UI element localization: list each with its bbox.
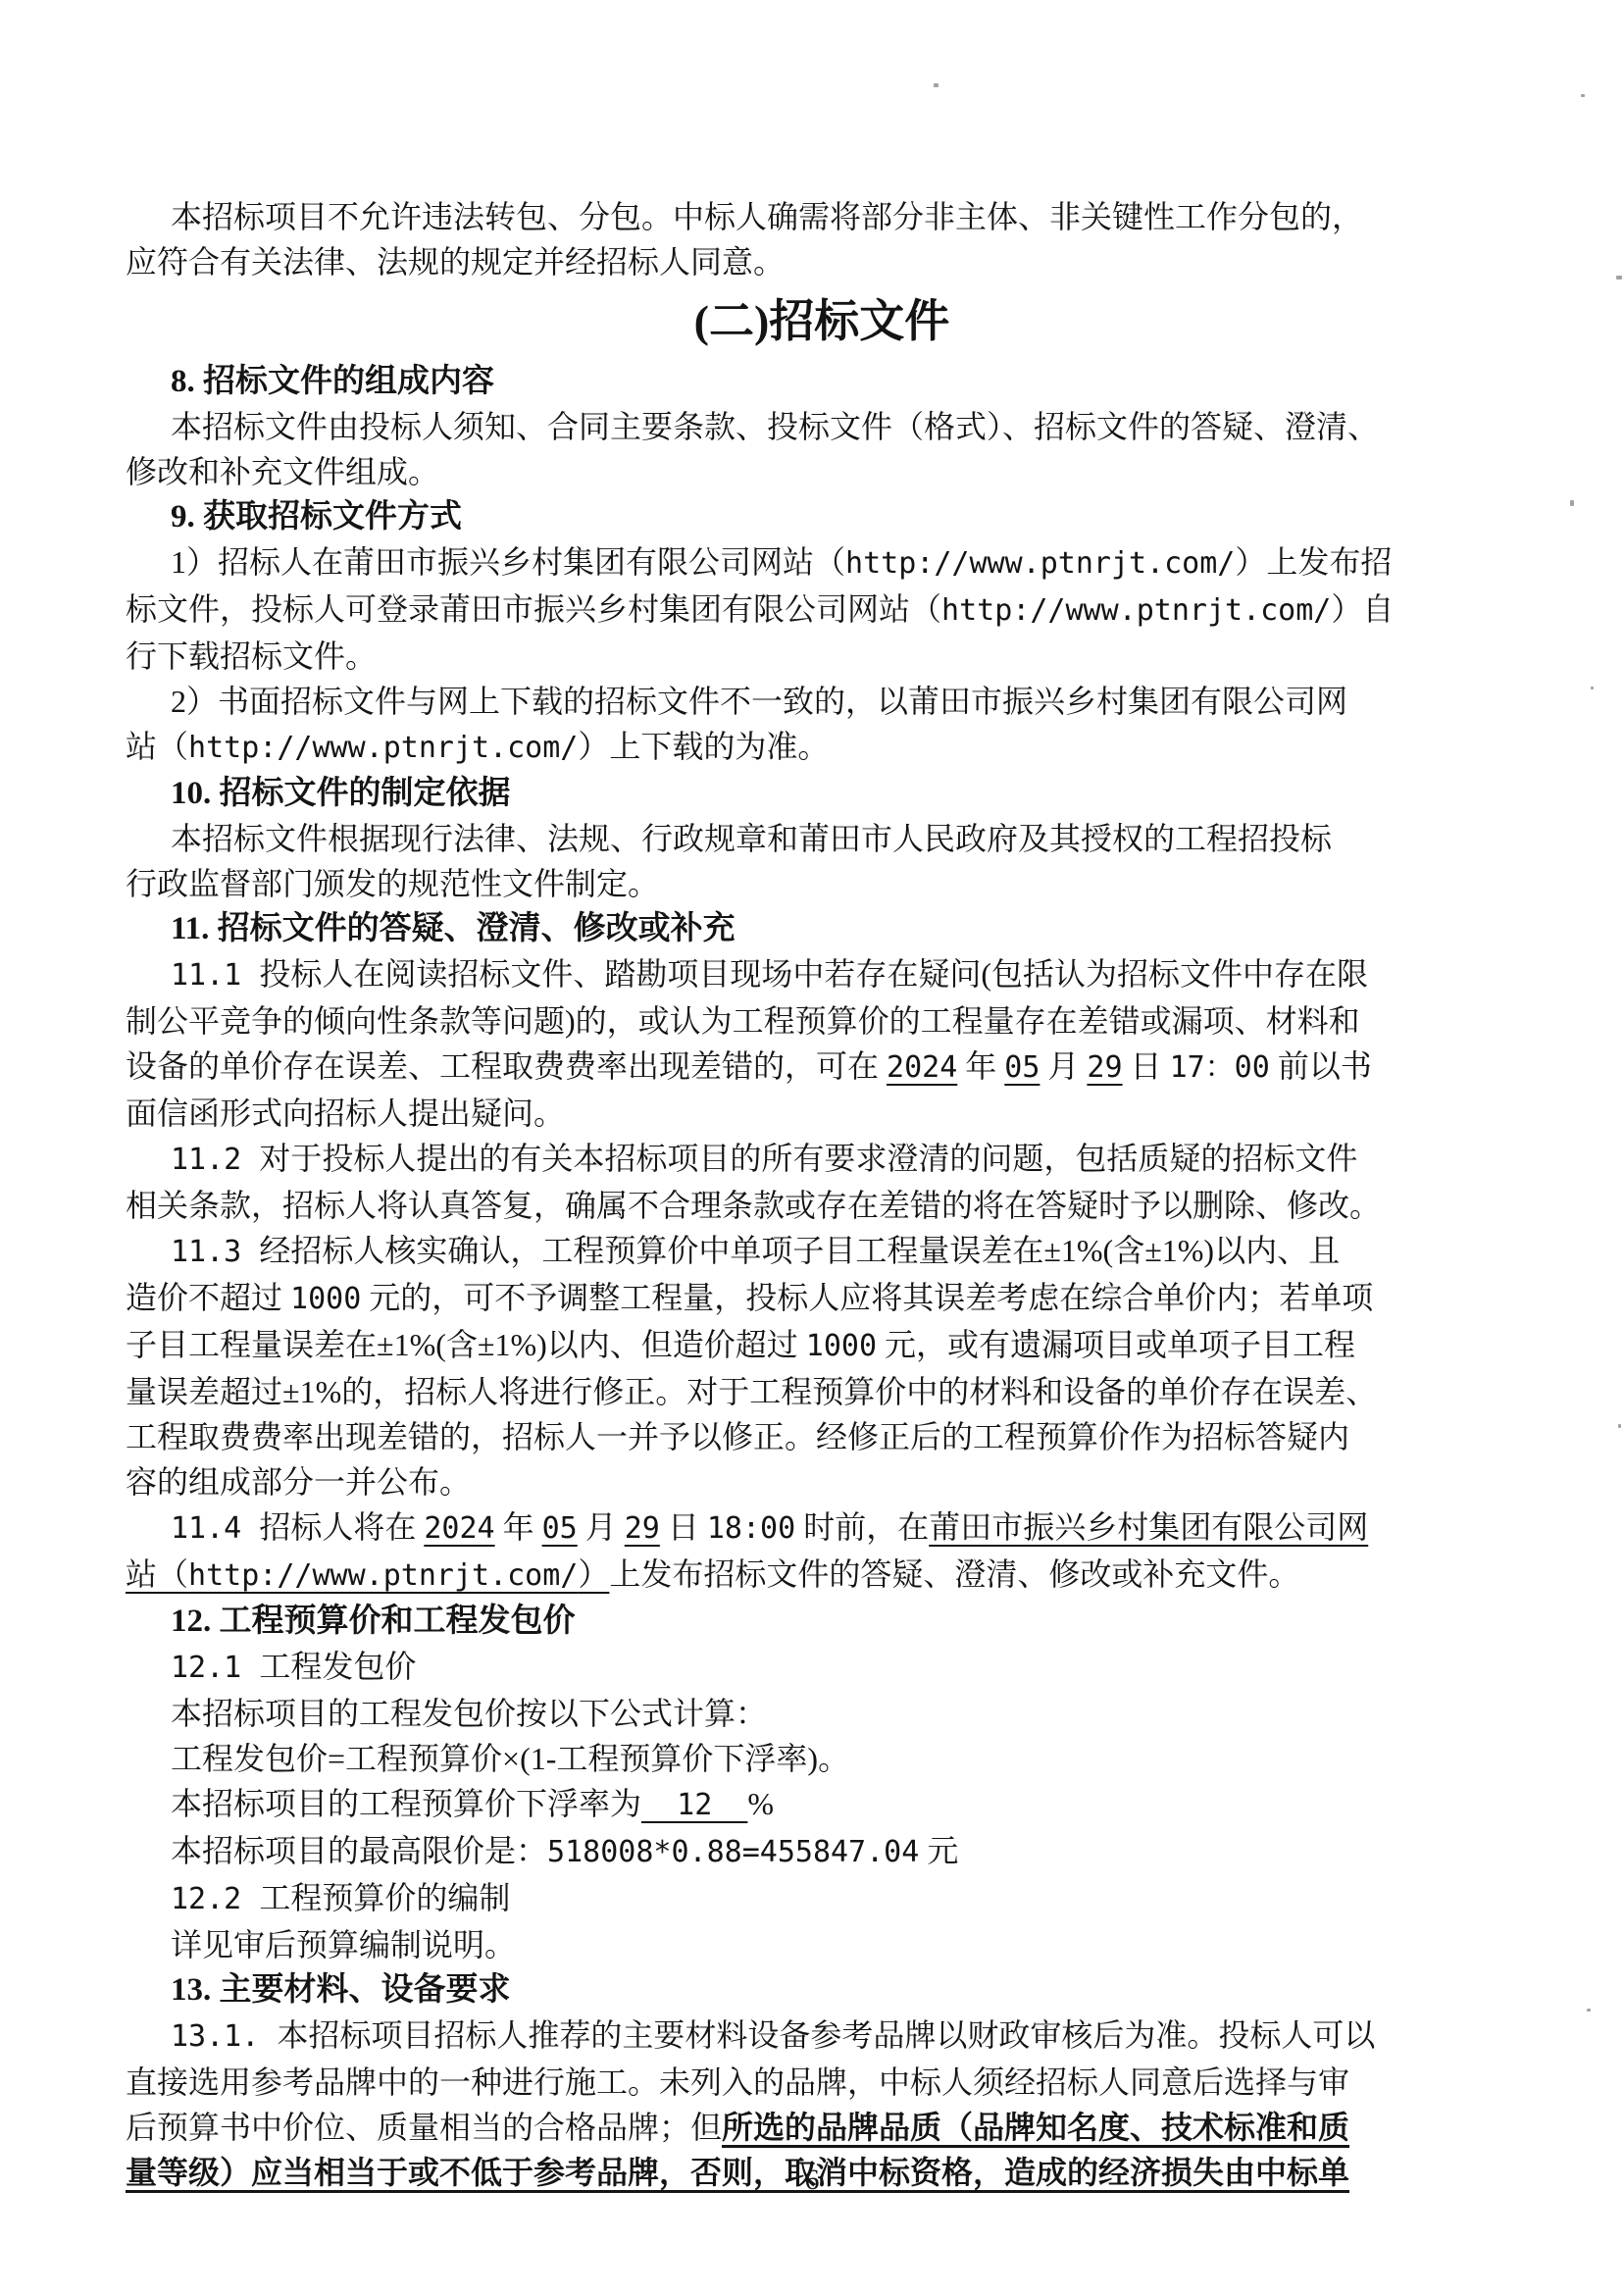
- heading-section-tender-documents: (二)招标文件: [126, 284, 1518, 359]
- doc-line: 12.1 工程发包价: [126, 1644, 1518, 1691]
- text-segment: 行政监督部门颁发的规范性文件制定。: [126, 866, 659, 901]
- doc-line: 站（http://www.ptnrjt.com/）上下载的为准。: [126, 724, 1518, 771]
- text-segment: 11.2: [171, 1143, 259, 1177]
- doc-line: 子目工程量误差在±1%(含±1%)以内、但造价超过 1000 元，或有遗漏项目或…: [126, 1322, 1518, 1369]
- text-segment: 本招标项目的工程预算价下浮率为: [171, 1786, 641, 1821]
- scan-speck: [1587, 2009, 1591, 2012]
- text-segment: 子目工程量误差在±1%(含±1%)以内、但造价超过: [126, 1327, 806, 1362]
- text-segment: 11.3: [171, 1235, 259, 1269]
- text-segment: 日: [660, 1509, 707, 1545]
- text-segment: 1000: [290, 1282, 361, 1316]
- text-segment: 本招标项目招标人推荐的主要材料设备参考品牌以财政审核后为准。投标人可以: [277, 2017, 1375, 2053]
- text-segment: 12.1: [171, 1651, 259, 1685]
- doc-line: 相关条款，招标人将认真答复，确属不合理条款或存在差错的将在答疑时予以删除、修改。: [126, 1183, 1518, 1228]
- text-segment: 2）书面招标文件与网上下载的招标文件不一致的，以莆田市振兴乡村集团有限公司网: [171, 684, 1347, 719]
- doc-line: 修改和补充文件组成。: [126, 449, 1518, 494]
- text-segment: 11.4: [171, 1511, 259, 1546]
- text-segment: 容的组成部分一并公布。: [126, 1464, 471, 1500]
- text-segment: 本招标项目的工程发包价按以下公式计算：: [171, 1696, 767, 1731]
- text-segment: 本招标文件由投标人须知、合同主要条款、投标文件（格式）、招标文件的答疑、澄清、: [171, 409, 1379, 444]
- doc-line: 本招标项目的最高限价是：518008*0.88=455847.04 元: [126, 1828, 1518, 1875]
- heading-clause-10: 10. 招标文件的制定依据: [126, 771, 1518, 816]
- text-segment: 上发布招标文件的答疑、澄清、修改或补充文件。: [609, 1556, 1299, 1592]
- text-segment: 设备的单价存在误差、工程取费费率出现差错的，可在: [126, 1048, 887, 1084]
- doc-line: 行下载招标文件。: [126, 634, 1518, 679]
- text-segment: 12. 工程预算价和工程发包价: [171, 1604, 576, 1639]
- text-segment: %: [747, 1786, 774, 1821]
- text-segment: 工程取费费率出现差错的，招标人一并予以修正。经修正后的工程预算价作为招标答疑内: [126, 1419, 1349, 1454]
- text-segment: http://www.ptnrjt.com/: [941, 593, 1331, 628]
- text-segment: 11. 招标文件的答疑、澄清、修改或补充: [171, 911, 736, 946]
- text-segment: ）: [578, 1556, 609, 1592]
- text-segment: 11.1: [171, 958, 259, 993]
- doc-line: 量误差超过±1%的，招标人将进行修正。对于工程预算价中的材料和设备的单价存在误差…: [126, 1369, 1518, 1414]
- document-body: 本招标项目不允许违法转包、分包。中标人确需将部分非主体、非关键性工作分包的， 应…: [126, 194, 1518, 2195]
- text-segment: 工程发包价=工程预算价×(1-工程预算价下浮率)。: [171, 1741, 849, 1776]
- text-segment: 时前，在: [795, 1509, 929, 1545]
- doc-line: 11.1 投标人在阅读招标文件、踏勘项目现场中若存在疑问(包括认为招标文件中存在…: [126, 951, 1518, 998]
- doc-line: 标文件，投标人可登录莆田市振兴乡村集团有限公司网站（http://www.ptn…: [126, 586, 1518, 634]
- text-segment: 详见审后预算编制说明。: [171, 1927, 516, 1962]
- text-segment: 修改和补充文件组成。: [126, 454, 439, 489]
- text-segment: 29: [625, 1511, 660, 1546]
- text-segment: 月: [578, 1509, 625, 1545]
- page-number: 6: [0, 2164, 1624, 2197]
- text-segment: 1）招标人在莆田市振兴乡村集团有限公司网站（: [171, 544, 845, 580]
- heading-clause-12: 12. 工程预算价和工程发包价: [126, 1599, 1518, 1644]
- text-segment: http://www.ptnrjt.com/: [188, 731, 578, 765]
- doc-line: 本招标项目不允许违法转包、分包。中标人确需将部分非主体、非关键性工作分包的，: [126, 194, 1518, 239]
- text-segment: 工程预算价的编制: [259, 1880, 510, 1915]
- scan-speck: [1616, 276, 1622, 280]
- text-segment: 8. 招标文件的组成内容: [171, 364, 494, 399]
- text-segment: 标文件，投标人可登录莆田市振兴乡村集团有限公司网站（: [126, 591, 941, 627]
- doc-line: 11.2 对于投标人提出的有关本招标项目的所有要求澄清的问题，包括质疑的招标文件: [126, 1136, 1518, 1183]
- text-segment: 日: [1123, 1048, 1170, 1084]
- doc-line: 13.1. 本招标项目招标人推荐的主要材料设备参考品牌以财政审核后为准。投标人可…: [126, 2013, 1518, 2060]
- text-segment: 05: [1004, 1050, 1040, 1085]
- text-segment: 对于投标人提出的有关本招标项目的所有要求澄清的问题，包括质疑的招标文件: [259, 1141, 1357, 1176]
- text-segment: 本招标文件根据现行法律、法规、行政规章和莆田市人民政府及其授权的工程招投标: [171, 821, 1332, 856]
- text-segment: 相关条款，招标人将认真答复，确属不合理条款或存在差错的将在答疑时予以删除、修改。: [126, 1188, 1381, 1223]
- doc-line: 工程发包价=工程预算价×(1-工程预算价下浮率)。: [126, 1736, 1518, 1781]
- doc-line: 应符合有关法律、法规的规定并经招标人同意。: [126, 239, 1518, 284]
- heading-clause-13: 13. 主要材料、设备要求: [126, 1967, 1518, 2013]
- text-segment: http://www.ptnrjt.com/: [845, 546, 1235, 581]
- text-segment: 制公平竞争的倾向性条款等问题)的，或认为工程预算价的工程量存在差错或漏项、材料和: [126, 1003, 1360, 1039]
- doc-line: 12.2 工程预算价的编制: [126, 1875, 1518, 1922]
- text-segment: 元，或有遗漏项目或单项子目工程: [877, 1327, 1355, 1362]
- doc-line: 详见审后预算编制说明。: [126, 1922, 1518, 1967]
- text-segment: 18:00: [707, 1511, 795, 1546]
- text-segment: 元: [919, 1833, 958, 1868]
- doc-line: 1）招标人在莆田市振兴乡村集团有限公司网站（http://www.ptnrjt.…: [126, 539, 1518, 586]
- text-segment: 本招标项目的最高限价是：: [171, 1833, 547, 1868]
- heading-clause-11: 11. 招标文件的答疑、澄清、修改或补充: [126, 906, 1518, 951]
- text-segment: 13. 主要材料、设备要求: [171, 1972, 511, 2008]
- text-segment: ）自: [1331, 591, 1394, 627]
- text-segment: 2024: [424, 1511, 494, 1546]
- doc-line: 制公平竞争的倾向性条款等问题)的，或认为工程预算价的工程量存在差错或漏项、材料和: [126, 998, 1518, 1044]
- doc-line: 站（http://www.ptnrjt.com/）上发布招标文件的答疑、澄清、修…: [126, 1552, 1518, 1599]
- doc-line: 11.4 招标人将在 2024 年 05 月 29 日 18:00 时前，在莆田…: [126, 1504, 1518, 1552]
- doc-line: 11.3 经招标人核实确认，工程预算价中单项子目工程量误差在±1%(含±1%)以…: [126, 1228, 1518, 1275]
- text-segment: 12: [641, 1788, 747, 1822]
- text-segment: 应符合有关法律、法规的规定并经招标人同意。: [126, 244, 785, 280]
- text-segment: 29: [1087, 1050, 1122, 1085]
- doc-line: 行政监督部门颁发的规范性文件制定。: [126, 861, 1518, 906]
- document-page: 本招标项目不允许违法转包、分包。中标人确需将部分非主体、非关键性工作分包的， 应…: [0, 0, 1624, 2293]
- text-segment: 所选的品牌品质（品牌知名度、技术标准和质: [722, 2110, 1349, 2145]
- text-segment: http://www.ptnrjt.com/: [188, 1558, 578, 1593]
- text-segment: 元的，可不予调整工程量，投标人应将其误差考虑在综合单价内；若单项: [361, 1280, 1373, 1315]
- text-segment: 本招标项目不允许违法转包、分包。中标人确需将部分非主体、非关键性工作分包的，: [171, 199, 1363, 234]
- text-segment: 招标人将在: [259, 1509, 424, 1545]
- doc-line: 本招标文件由投标人须知、合同主要条款、投标文件（格式）、招标文件的答疑、澄清、: [126, 404, 1518, 449]
- text-segment: 9. 获取招标文件方式: [171, 499, 462, 535]
- doc-line: 造价不超过 1000 元的，可不予调整工程量，投标人应将其误差考虑在综合单价内；…: [126, 1275, 1518, 1322]
- doc-line: 面信函形式向招标人提出疑问。: [126, 1091, 1518, 1136]
- text-segment: ）上下载的为准。: [578, 729, 829, 764]
- text-segment: 13.1.: [171, 2019, 277, 2054]
- text-segment: 10. 招标文件的制定依据: [171, 776, 511, 811]
- text-segment: 行下载招标文件。: [126, 638, 377, 674]
- text-segment: 造价不超过: [126, 1280, 290, 1315]
- text-segment: 2024: [887, 1050, 957, 1085]
- text-segment: 站（: [126, 729, 188, 764]
- scan-speck: [1591, 687, 1594, 689]
- text-segment: 年: [495, 1509, 542, 1545]
- doc-line: 本招标项目的工程预算价下浮率为 12 %: [126, 1781, 1518, 1828]
- doc-line: 本招标文件根据现行法律、法规、行政规章和莆田市人民政府及其授权的工程招投标: [126, 816, 1518, 861]
- scan-speck: [934, 83, 939, 87]
- text-segment: 前以书: [1270, 1048, 1372, 1084]
- doc-line: 容的组成部分一并公布。: [126, 1459, 1518, 1504]
- scan-speck: [1570, 500, 1574, 506]
- text-segment: 17：00: [1170, 1050, 1270, 1085]
- text-segment: 直接选用参考品牌中的一种进行施工。未列入的品牌，中标人须经招标人同意后选择与审: [126, 2064, 1349, 2100]
- text-segment: 投标人在阅读招标文件、踏勘项目现场中若存在疑问(包括认为招标文件中存在限: [259, 956, 1368, 992]
- text-segment: 518008*0.88=455847.04: [547, 1835, 919, 1869]
- doc-line: 后预算书中价位、质量相当的合格品牌；但所选的品牌品质（品牌知名度、技术标准和质: [126, 2105, 1518, 2150]
- doc-line: 直接选用参考品牌中的一种进行施工。未列入的品牌，中标人须经招标人同意后选择与审: [126, 2060, 1518, 2105]
- text-segment: 工程发包价: [259, 1649, 416, 1684]
- text-segment: 后预算书中价位、质量相当的合格品牌；但: [126, 2110, 722, 2145]
- scan-speck: [1581, 94, 1585, 97]
- text-segment: 1000: [806, 1329, 877, 1363]
- text-segment: 量误差超过±1%的，招标人将进行修正。对于工程预算价中的材料和设备的单价存在误差…: [126, 1374, 1377, 1409]
- text-segment: 05: [542, 1511, 578, 1546]
- text-segment: 年: [957, 1048, 1004, 1084]
- text-segment: 面信函形式向招标人提出疑问。: [126, 1096, 565, 1131]
- heading-clause-9: 9. 获取招标文件方式: [126, 494, 1518, 539]
- doc-line: 2）书面招标文件与网上下载的招标文件不一致的，以莆田市振兴乡村集团有限公司网: [126, 679, 1518, 724]
- heading-clause-8: 8. 招标文件的组成内容: [126, 359, 1518, 404]
- text-segment: 经招标人核实确认，工程预算价中单项子目工程量误差在±1%(含±1%)以内、且: [259, 1233, 1340, 1268]
- doc-line: 设备的单价存在误差、工程取费费率出现差错的，可在 2024 年 05 月 29 …: [126, 1044, 1518, 1091]
- text-segment: (二)招标文件: [694, 296, 950, 346]
- text-segment: 月: [1040, 1048, 1087, 1084]
- doc-line: 工程取费费率出现差错的，招标人一并予以修正。经修正后的工程预算价作为招标答疑内: [126, 1414, 1518, 1459]
- text-segment: ）上发布招: [1235, 544, 1392, 580]
- text-segment: 莆田市振兴乡村集团有限公司网: [929, 1509, 1368, 1545]
- doc-line: 本招标项目的工程发包价按以下公式计算：: [126, 1691, 1518, 1736]
- text-segment: 站（: [126, 1556, 188, 1592]
- scan-speck: [1618, 1424, 1621, 1428]
- text-segment: 12.2: [171, 1882, 259, 1916]
